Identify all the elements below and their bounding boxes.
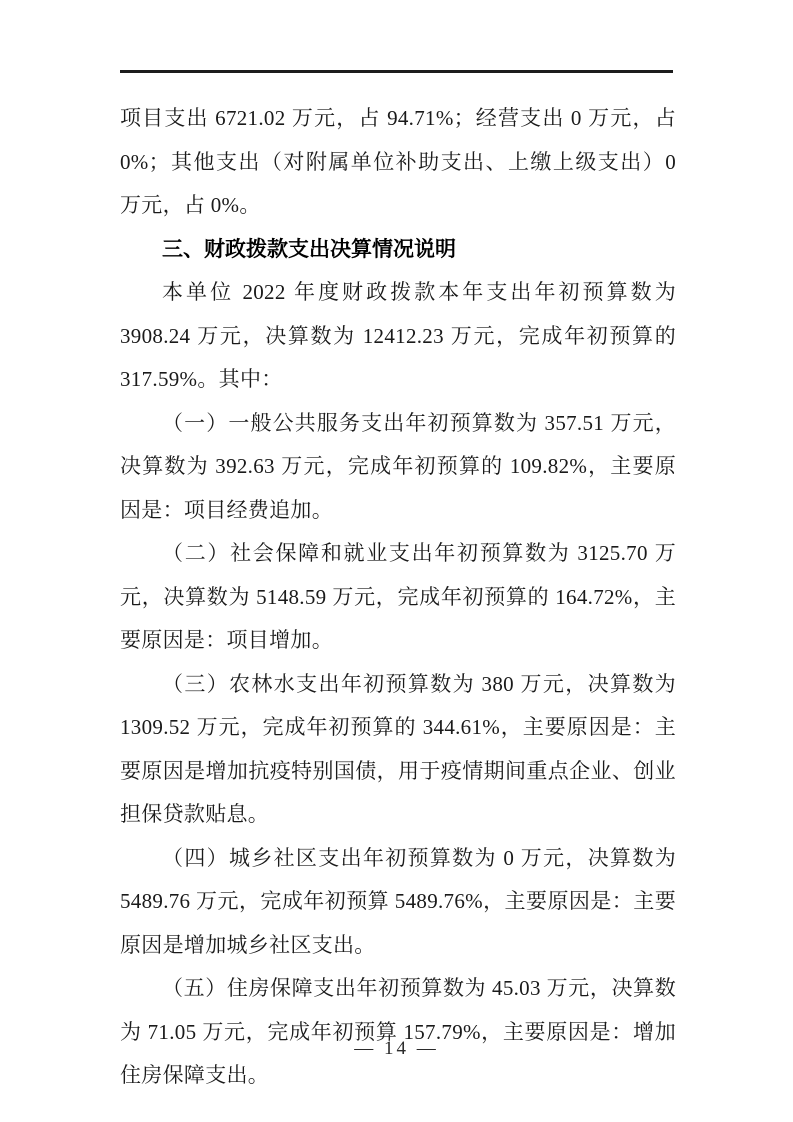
- paragraph-item-4-urban-rural-community: （四）城乡社区支出年初预算数为 0 万元，决算数为 5489.76 万元，完成年…: [120, 837, 676, 968]
- header-rule: [120, 70, 673, 73]
- page-number: — 14 —: [354, 1038, 439, 1059]
- document-page: 项目支出 6721.02 万元，占 94.71%；经营支出 0 万元，占 0%；…: [0, 0, 793, 1122]
- paragraph-item-5-housing-security: （五）住房保障支出年初预算数为 45.03 万元，决算数为 71.05 万元，完…: [120, 967, 676, 1098]
- paragraph-item-2-social-security: （二）社会保障和就业支出年初预算数为 3125.70 万元，决算数为 5148.…: [120, 532, 676, 663]
- page-footer: — 14 —: [0, 1038, 793, 1060]
- paragraph-item-3-agriculture-forestry-water: （三）农林水支出年初预算数为 380 万元，决算数为 1309.52 万元，完成…: [120, 663, 676, 837]
- section-heading-fiscal-appropriation: 三、财政拨款支出决算情况说明: [120, 228, 676, 272]
- paragraph-item-1-public-services: （一）一般公共服务支出年初预算数为 357.51 万元，决算数为 392.63 …: [120, 402, 676, 533]
- paragraph-expenditure-composition: 项目支出 6721.02 万元，占 94.71%；经营支出 0 万元，占 0%；…: [120, 97, 676, 228]
- document-body: 项目支出 6721.02 万元，占 94.71%；经营支出 0 万元，占 0%；…: [120, 97, 676, 1098]
- paragraph-overall-budget: 本单位 2022 年度财政拨款本年支出年初预算数为 3908.24 万元，决算数…: [120, 271, 676, 402]
